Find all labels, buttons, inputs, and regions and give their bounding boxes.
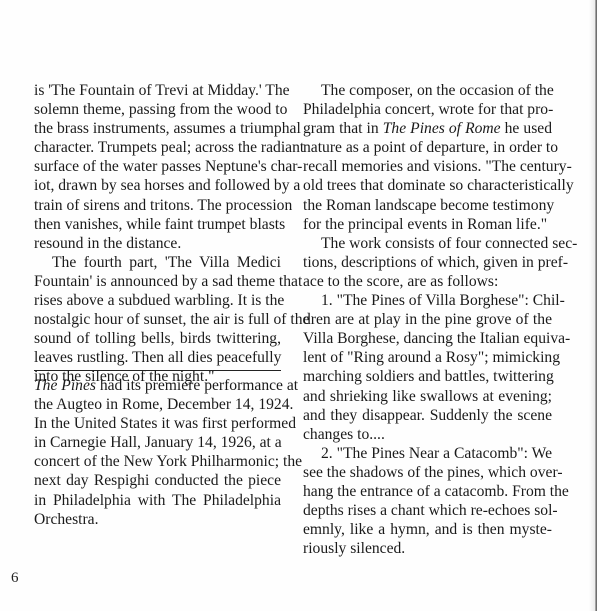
text-line: 2. "The Pines Near a Catacomb": We	[303, 444, 552, 463]
text-line: the brass instruments, assumes a triumph…	[34, 119, 281, 138]
catacomb-paragraph: 2. "The Pines Near a Catacomb": We see t…	[303, 444, 552, 559]
text-line: tions, descriptions of which, given in p…	[303, 253, 552, 272]
villa-borghese-paragraph: 1. "The Pines of Villa Borghese": Chil- …	[303, 291, 552, 444]
text-line: train of sirens and tritons. The process…	[34, 196, 281, 215]
text-line: old trees that dominate so characteristi…	[303, 176, 552, 195]
text-line: is 'The Fountain of Trevi at Midday.' Th…	[34, 81, 281, 100]
premiere-paragraph: The Pines had its premiere performance a…	[34, 376, 281, 529]
text-line: Villa Borghese, dancing the Italian equi…	[303, 329, 552, 348]
text-line: resound in the distance.	[34, 234, 281, 253]
text-line: depths rises a chant which re-echoes sol…	[303, 501, 552, 520]
work-title-italic: The Pines of Rome	[383, 120, 501, 137]
text-line: rises above a subdued warbling. It is th…	[34, 291, 281, 310]
sections-intro-paragraph: The work consists of four connected sec-…	[303, 234, 552, 291]
text-line: character. Trumpets peal; across the rad…	[34, 138, 281, 157]
text-line: sound of tolling bells, birds twittering…	[34, 329, 281, 348]
page-number: 6	[11, 570, 19, 587]
villa-medici-paragraph: The fourth part, 'The Villa Medici Fount…	[34, 253, 281, 387]
text-line: next day Respighi conducted the piece	[34, 471, 281, 490]
text-line: concert of the New York Philharmonic; th…	[34, 452, 281, 471]
text-line: the Roman landscape become testimony	[303, 196, 552, 215]
text-line: for the principal events in Roman life."	[303, 215, 552, 234]
text-line: Philadelphia concert, wrote for that pro…	[303, 100, 552, 119]
composer-paragraph: The composer, on the occasion of the Phi…	[303, 81, 552, 234]
text-line: iot, drawn by sea horses and followed by…	[34, 176, 281, 195]
text-line: nostalgic hour of sunset, the air is ful…	[34, 310, 281, 329]
text-line: in Philadelphia with The Philadelphia	[34, 491, 281, 510]
page-binding-edge	[595, 0, 597, 611]
text-line: dren are at play in the pine grove of th…	[303, 310, 552, 329]
text-line: and shrieking like swallows at evening;	[303, 387, 552, 406]
text-line: recall memories and visions. "The centur…	[303, 157, 552, 176]
text-line: see the shadows of the pines, which over…	[303, 463, 552, 482]
text-line: riously silenced.	[303, 539, 552, 558]
text-line: The work consists of four connected sec-	[303, 234, 552, 253]
text-line: Orchestra.	[34, 510, 281, 529]
text-line: the Augteo in Rome, December 14, 1924.	[34, 395, 281, 414]
text-line: The fourth part, 'The Villa Medici	[34, 253, 281, 272]
text-line: lent of "Ring around a Rosy"; mimicking	[303, 348, 552, 367]
text-line: in Carnegie Hall, January 14, 1926, at a	[34, 433, 281, 452]
text-line: changes to....	[303, 425, 552, 444]
text-line: gram that in The Pines of Rome he used	[303, 119, 552, 138]
text-line: nature as a point of departure, in order…	[303, 138, 552, 157]
left-column: is 'The Fountain of Trevi at Midday.' Th…	[34, 81, 281, 387]
text-line: leaves rustling. Then all dies peacefull…	[34, 348, 281, 367]
text-line: 1. "The Pines of Villa Borghese": Chil-	[303, 291, 552, 310]
text-line: emnly, like a hymn, and is then myste-	[303, 520, 552, 539]
text-line: In the United States it was first perfor…	[34, 414, 281, 433]
text-line: and they disappear. Suddenly the scene	[303, 406, 552, 425]
text-line: ace to the score, are as follows:	[303, 272, 552, 291]
text-line: The Pines had its premiere performance a…	[34, 376, 281, 395]
text-line: hang the entrance of a catacomb. From th…	[303, 482, 552, 501]
work-title-italic: The Pines	[34, 377, 96, 394]
section-divider-rule	[34, 370, 281, 371]
document-page: is 'The Fountain of Trevi at Midday.' Th…	[0, 0, 599, 611]
text-line: marching soldiers and battles, twitterin…	[303, 367, 552, 386]
text-line: then vanishes, while faint trumpet blast…	[34, 215, 281, 234]
right-column: The composer, on the occasion of the Phi…	[303, 81, 552, 558]
text-line: The composer, on the occasion of the	[303, 81, 552, 100]
text-line: surface of the water passes Neptune's ch…	[34, 157, 281, 176]
fountain-of-trevi-paragraph: is 'The Fountain of Trevi at Midday.' Th…	[34, 81, 281, 253]
text-line: Fountain' is announced by a sad theme th…	[34, 272, 281, 291]
text-line: solemn theme, passing from the wood to	[34, 100, 281, 119]
